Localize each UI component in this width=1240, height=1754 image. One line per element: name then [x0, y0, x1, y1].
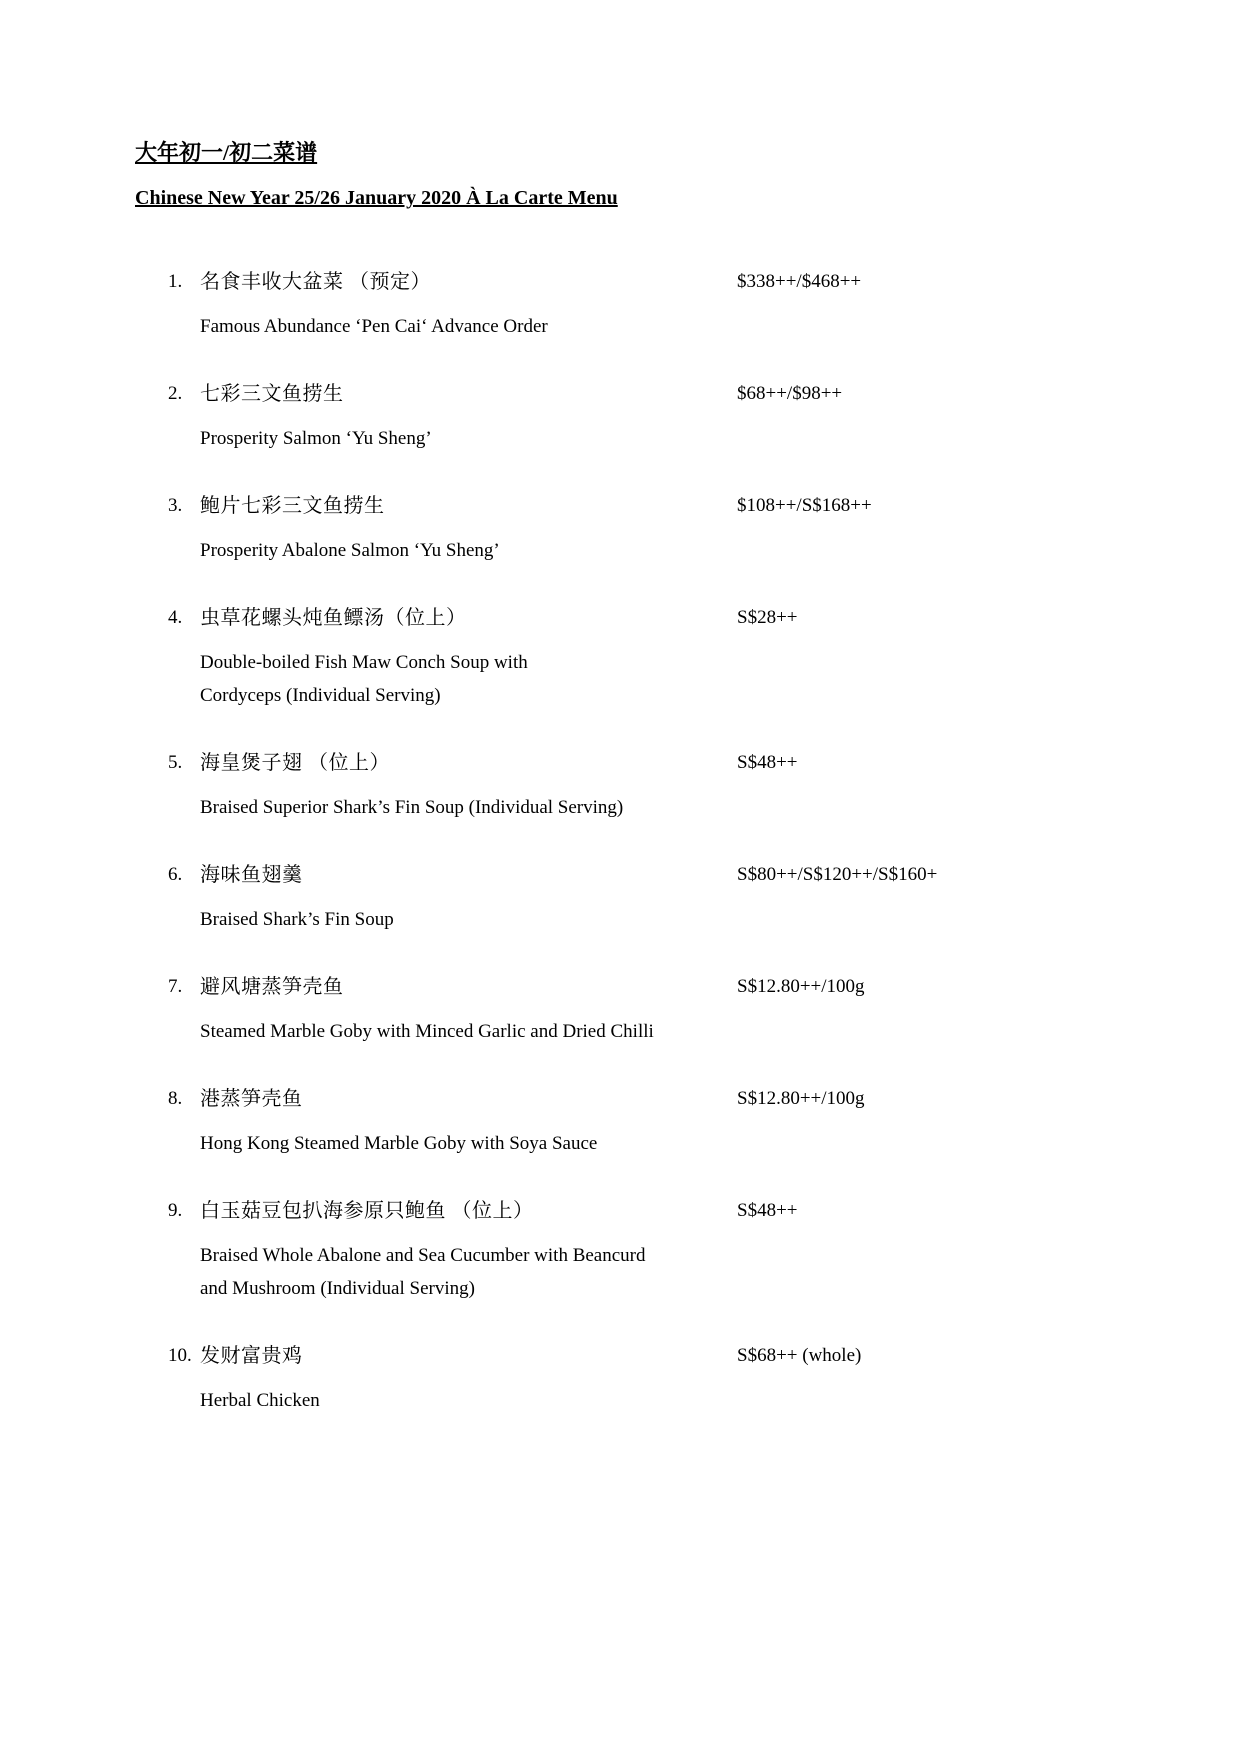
item-number: 3. — [168, 492, 200, 534]
menu-item: 9. 白玉菇豆包扒海参原只鲍鱼 （位上） S$48++ Braised Whol… — [168, 1197, 1160, 1305]
item-price: S$68++ (whole) — [737, 1342, 1160, 1384]
item-name-english: Braised Whole Abalone and Sea Cucumber w… — [200, 1239, 737, 1305]
menu-item: 8. 港蒸笋壳鱼 S$12.80++/100g Hong Kong Steame… — [168, 1085, 1160, 1160]
menu-item: 6. 海味鱼翅羹 S$80++/S$120++/S$160+ Braised S… — [168, 861, 1160, 936]
item-price: S$12.80++/100g — [737, 973, 1160, 1015]
item-name-chinese: 海味鱼翅羹 — [200, 861, 737, 889]
item-name-english: Prosperity Salmon ‘Yu Sheng’ — [200, 422, 737, 455]
menu-item: 1. 名食丰收大盆菜 （预定） $338++/$468++ Famous Abu… — [168, 268, 1160, 343]
item-name-chinese: 发财富贵鸡 — [200, 1342, 737, 1370]
menu-item: 2. 七彩三文鱼捞生 $68++/$98++ Prosperity Salmon… — [168, 380, 1160, 455]
item-price: S$48++ — [737, 749, 1160, 791]
item-name-chinese: 海皇煲子翅 （位上） — [200, 749, 737, 777]
item-number: 1. — [168, 268, 200, 310]
item-number: 10. — [168, 1342, 200, 1384]
menu-item-list: 1. 名食丰收大盆菜 （预定） $338++/$468++ Famous Abu… — [135, 268, 1160, 1417]
item-price: S$12.80++/100g — [737, 1085, 1160, 1127]
menu-document: 大年初一/初二菜谱 Chinese New Year 25/26 January… — [0, 0, 1240, 1754]
menu-item: 3. 鲍片七彩三文鱼捞生 $108++/S$168++ Prosperity A… — [168, 492, 1160, 567]
item-name-chinese: 虫草花螺头炖鱼鳔汤（位上） — [200, 604, 737, 632]
menu-item: 7. 避风塘蒸笋壳鱼 S$12.80++/100g Steamed Marble… — [168, 973, 1160, 1048]
item-number: 2. — [168, 380, 200, 422]
item-name-english: Hong Kong Steamed Marble Goby with Soya … — [200, 1127, 737, 1160]
document-title-chinese: 大年初一/初二菜谱 — [135, 138, 1160, 168]
item-name-english: Prosperity Abalone Salmon ‘Yu Sheng’ — [200, 534, 737, 567]
item-name-english: Braised Shark’s Fin Soup — [200, 903, 737, 936]
item-number: 6. — [168, 861, 200, 903]
menu-item: 10. 发财富贵鸡 S$68++ (whole) Herbal Chicken — [168, 1342, 1160, 1417]
item-name-chinese: 避风塘蒸笋壳鱼 — [200, 973, 737, 1001]
item-number: 8. — [168, 1085, 200, 1127]
item-name-chinese: 港蒸笋壳鱼 — [200, 1085, 737, 1113]
item-price: S$80++/S$120++/S$160+ — [737, 861, 1160, 903]
item-name-chinese: 七彩三文鱼捞生 — [200, 380, 737, 408]
item-price: S$48++ — [737, 1197, 1160, 1239]
item-name-english: Famous Abundance ‘Pen Cai‘ Advance Order — [200, 310, 737, 343]
item-number: 7. — [168, 973, 200, 1015]
item-name-chinese: 名食丰收大盆菜 （预定） — [200, 268, 737, 296]
document-title-english: Chinese New Year 25/26 January 2020 À La… — [135, 184, 1160, 212]
item-name-english: Double-boiled Fish Maw Conch Soup with C… — [200, 646, 737, 712]
menu-item: 4. 虫草花螺头炖鱼鳔汤（位上） S$28++ Double-boiled Fi… — [168, 604, 1160, 712]
item-number: 4. — [168, 604, 200, 646]
item-name-english: Herbal Chicken — [200, 1384, 737, 1417]
item-name-english: Steamed Marble Goby with Minced Garlic a… — [200, 1015, 737, 1048]
item-name-chinese: 白玉菇豆包扒海参原只鲍鱼 （位上） — [200, 1197, 737, 1225]
item-number: 9. — [168, 1197, 200, 1239]
item-price: $68++/$98++ — [737, 380, 1160, 422]
item-price: $108++/S$168++ — [737, 492, 1160, 534]
item-price: $338++/$468++ — [737, 268, 1160, 310]
item-name-chinese: 鲍片七彩三文鱼捞生 — [200, 492, 737, 520]
item-name-english: Braised Superior Shark’s Fin Soup (Indiv… — [200, 791, 737, 824]
item-price: S$28++ — [737, 604, 1160, 646]
menu-item: 5. 海皇煲子翅 （位上） S$48++ Braised Superior Sh… — [168, 749, 1160, 824]
item-number: 5. — [168, 749, 200, 791]
